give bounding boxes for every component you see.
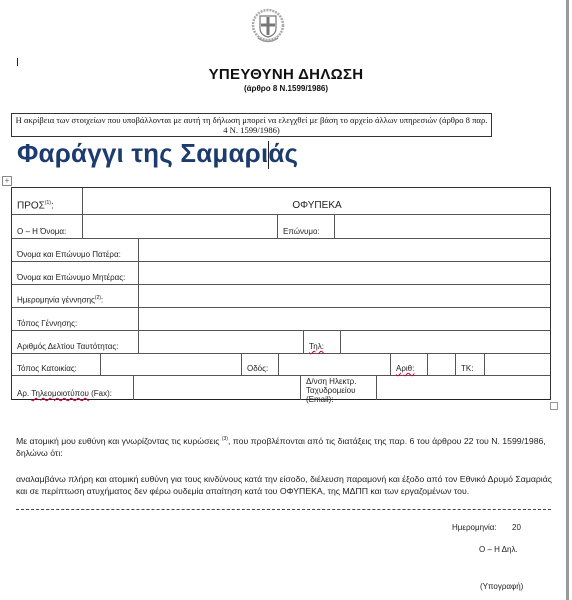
father-field[interactable] <box>139 239 551 261</box>
name-label: Ο – Η Όνομα: <box>17 227 66 236</box>
table-move-handle[interactable]: + <box>2 176 12 186</box>
form-row-mother: Όνομα και Επώνυμο Μητέρας: <box>12 262 550 285</box>
id-label: Αριθμός Δελτίου Ταυτότητας: <box>17 342 118 351</box>
street-label: Οδός: <box>247 364 268 373</box>
to-value: ΟΦΥΠΕΚΑ <box>83 200 551 211</box>
signature-label: (Υπογραφή) <box>480 582 523 591</box>
form-row-name: Ο – Η Όνομα: Επώνυμο: <box>12 215 550 239</box>
pob-label: Τόπος Γέννησης: <box>17 319 77 328</box>
phone-field[interactable] <box>341 331 551 353</box>
greek-coat-of-arms-icon <box>250 6 286 46</box>
declaration-intro: Με ατομική μου ευθύνη και γνωρίζοντας τι… <box>16 433 556 459</box>
phone-label: Τηλ: <box>309 342 324 351</box>
document-subtitle: (άρθρο 8 Ν.1599/1986) <box>0 84 572 93</box>
pob-field[interactable] <box>139 308 551 330</box>
id-field[interactable] <box>139 331 304 353</box>
street-field[interactable] <box>279 354 391 375</box>
email-field[interactable] <box>377 376 551 400</box>
form-row-contact: Αρ. Τηλεομοιοτύπου (Fax): Δ/νση Ηλεκτρ. … <box>12 376 550 400</box>
declarant-label: Ο – Η Δηλ. <box>479 545 518 554</box>
table-resize-handle[interactable] <box>550 402 558 410</box>
page-heading[interactable]: Φαράγγι της Σαμαριάς <box>17 138 298 169</box>
number-field[interactable] <box>428 354 456 375</box>
document-title: ΥΠΕΥΘΥΝΗ ΔΗΛΩΣΗ <box>0 66 572 83</box>
mother-field[interactable] <box>139 262 551 284</box>
form-row-dob: Ημερομηνία γέννησης(2): <box>12 285 550 308</box>
date-year-prefix: 20 <box>512 523 521 532</box>
surname-label: Επώνυμο: <box>283 227 320 236</box>
dob-field[interactable] <box>139 285 551 307</box>
text-cursor-mark <box>17 58 18 66</box>
form-row-to: ΠΡΟΣ(1): ΟΦΥΠΕΚΑ <box>12 188 550 215</box>
residence-field[interactable] <box>101 354 242 375</box>
email-label: Δ/νση Ηλεκτρ. Ταχυδρομείου (Email): <box>306 377 356 404</box>
number-label: Αριθ: <box>396 364 414 373</box>
text-caret <box>268 141 269 169</box>
mother-label: Όνομα και Επώνυμο Μητέρας: <box>17 273 125 282</box>
form-row-address: Τόπος Κατοικίας: Οδός: Αριθ: ΤΚ: <box>12 354 550 376</box>
to-field[interactable]: ΟΦΥΠΕΚΑ <box>83 188 551 214</box>
fax-label: Αρ. Τηλεομοιοτύπου (Fax): <box>17 389 112 398</box>
zip-label: ΤΚ: <box>461 364 473 373</box>
date-label: Ημερομηνία: <box>452 523 497 532</box>
name-field[interactable] <box>83 215 278 238</box>
to-label: ΠΡΟΣ(1): <box>17 200 54 211</box>
verification-notice: Η ακρίβεια των στοιχείων που υποβάλλοντα… <box>11 113 492 137</box>
form-row-id: Αριθμός Δελτίου Ταυτότητας: Τηλ: <box>12 331 550 354</box>
fax-field[interactable] <box>134 376 301 400</box>
dashed-separator <box>16 509 551 510</box>
form-row-father: Όνομα και Επώνυμο Πατέρα: <box>12 239 550 262</box>
residence-label: Τόπος Κατοικίας: <box>17 364 77 373</box>
surname-field[interactable] <box>335 215 551 238</box>
dob-label: Ημερομηνία γέννησης(2): <box>17 295 103 305</box>
declaration-form-table: ΠΡΟΣ(1): ΟΦΥΠΕΚΑ Ο – Η Όνομα: Επώνυμο: Ό… <box>11 187 551 400</box>
declaration-text: αναλαμβάνω πλήρη και ατομική ευθύνη για … <box>16 473 556 497</box>
zip-field[interactable] <box>485 354 551 375</box>
form-row-pob: Τόπος Γέννησης: <box>12 308 550 331</box>
father-label: Όνομα και Επώνυμο Πατέρα: <box>17 250 121 259</box>
